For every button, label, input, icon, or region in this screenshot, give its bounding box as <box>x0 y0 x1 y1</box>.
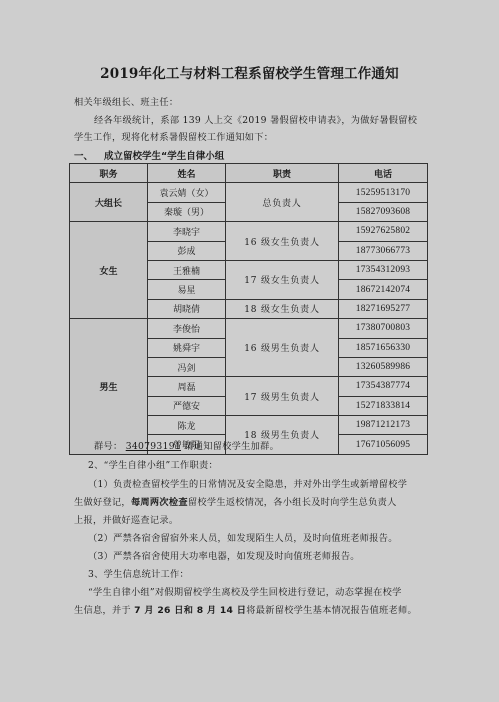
stats-line-2-rest: 将最新留校学生基本情况报告值班老师。 <box>246 605 417 616</box>
name-cell: 秦璇（男） <box>148 202 226 221</box>
duty-1-line-1: （1）负责检查留校学生的日常情况及安全隐患，并对外出学生或新增留校学 <box>88 479 407 491</box>
phone-cell: 13260589986 <box>339 357 428 376</box>
phone-cell: 15271833814 <box>339 396 428 415</box>
document-title: 2019年化工与材料工程系留校学生管理工作通知 <box>0 62 499 82</box>
phone-cell: 18571656330 <box>339 338 428 357</box>
stats-line-2: 生信息，并于 7 月 26 日和 8 月 14 日将最新留校学生基本情况报告值班… <box>74 605 417 617</box>
duty-cell: 16 级女生负责人 <box>226 222 339 261</box>
phone-cell: 15259513170 <box>339 183 428 202</box>
group-info-line: 群号： 340793191 请通知留校学生加群。 <box>94 441 279 453</box>
duty-2: （2）严禁各宿舍留宿外来人员，如发现陌生人员，及时向值班老师报告。 <box>88 533 398 545</box>
phone-cell: 15927625802 <box>339 222 428 241</box>
name-cell: 彭成 <box>148 241 226 260</box>
table-row: 女生 李晓宇 16 级女生负责人 15927625802 <box>70 222 428 241</box>
name-cell: 冯剑 <box>148 357 226 376</box>
duty-cell: 总负责人 <box>226 183 339 222</box>
name-cell: 易星 <box>148 280 226 299</box>
name-cell: 姚舜宇 <box>148 338 226 357</box>
section-1-title: 成立留校学生“学生自律小组 <box>104 151 224 162</box>
position-cell: 女生 <box>70 222 148 319</box>
name-cell: 李俊怡 <box>148 319 226 338</box>
stats-line-2-text: 生信息，并于 <box>74 605 134 616</box>
name-cell: 李晓宇 <box>148 222 226 241</box>
phone-cell: 18773066773 <box>339 241 428 260</box>
name-cell: 陈龙 <box>148 416 226 435</box>
duty-1-line-2-text: 生做好登记， <box>74 497 131 508</box>
header-position: 职务 <box>70 164 148 183</box>
salutation: 相关年级组长、班主任： <box>74 97 178 109</box>
duty-1-emphasis: 每周两次检查 <box>131 497 188 508</box>
group-number: 340793191 <box>126 441 181 452</box>
phone-cell: 19871212173 <box>339 416 428 435</box>
phone-cell: 17380700803 <box>339 319 428 338</box>
name-cell: 王雅楠 <box>148 260 226 279</box>
header-name: 姓名 <box>148 164 226 183</box>
header-duty: 职责 <box>226 164 339 183</box>
duty-cell: 17 级女生负责人 <box>226 260 339 299</box>
table-row: 男生 李俊怡 16 级男生负责人 17380700803 <box>70 319 428 338</box>
position-cell: 男生 <box>70 319 148 455</box>
name-cell: 周磊 <box>148 377 226 396</box>
phone-cell: 17354387774 <box>339 377 428 396</box>
document-page: 2019年化工与材料工程系留校学生管理工作通知 相关年级组长、班主任： 经各年级… <box>0 0 499 702</box>
duty-1-line-2: 生做好登记，每周两次检查留校学生返校情况，各小组长及时向学生总负责人 <box>74 497 397 509</box>
group-label: 群号： <box>94 441 122 452</box>
section-1-number: 一、 <box>74 148 104 162</box>
intro-line-1: 经各年级统计，系部 139 人上交《2019 暑假留校申请表》，为做好暑假留校 <box>94 115 417 127</box>
header-phone: 电话 <box>339 164 428 183</box>
stats-dates: 7 月 26 日和 8 月 14 日 <box>134 605 246 616</box>
table-row: 大组长 袁云婧（女） 总负责人 15259513170 <box>70 183 428 202</box>
duty-cell: 16 级男生负责人 <box>226 319 339 377</box>
duty-1-line-2-rest: 留校学生返校情况，各小组长及时向学生总负责人 <box>188 497 397 508</box>
phone-cell: 18271695277 <box>339 299 428 318</box>
duty-cell: 18 级女生负责人 <box>226 299 339 318</box>
duty-cell: 17 级男生负责人 <box>226 377 339 416</box>
section-1-heading: 一、成立留校学生“学生自律小组 <box>74 148 224 162</box>
table-header-row: 职务 姓名 职责 电话 <box>70 164 428 183</box>
phone-cell: 15827093608 <box>339 202 428 221</box>
phone-cell: 17671056095 <box>339 435 428 454</box>
section-2-heading: 2、“学生自律小组”工作职责： <box>88 460 218 472</box>
phone-cell: 17354312093 <box>339 260 428 279</box>
name-cell: 胡晓倩 <box>148 299 226 318</box>
name-cell: 袁云婧（女） <box>148 183 226 202</box>
duty-1-line-3: 上报，并做好巡查记录。 <box>74 515 178 527</box>
name-cell: 严德安 <box>148 396 226 415</box>
intro-line-2: 学生工作，现将化材系暑假留校工作通知如下： <box>74 132 273 144</box>
group-note: 请通知留校学生加群。 <box>184 441 279 452</box>
phone-cell: 18672142074 <box>339 280 428 299</box>
roster-table: 职务 姓名 职责 电话 大组长 袁云婧（女） 总负责人 15259513170 … <box>69 163 428 455</box>
duty-3: （3）严禁各宿舍使用大功率电器，如发现及时向值班老师报告。 <box>88 551 360 563</box>
stats-line-1: “学生自律小组”对假期留校学生离校及学生回校进行登记，动态掌握在校学 <box>88 587 402 599</box>
position-cell: 大组长 <box>70 183 148 222</box>
section-3-heading: 3、学生信息统计工作： <box>88 569 189 581</box>
